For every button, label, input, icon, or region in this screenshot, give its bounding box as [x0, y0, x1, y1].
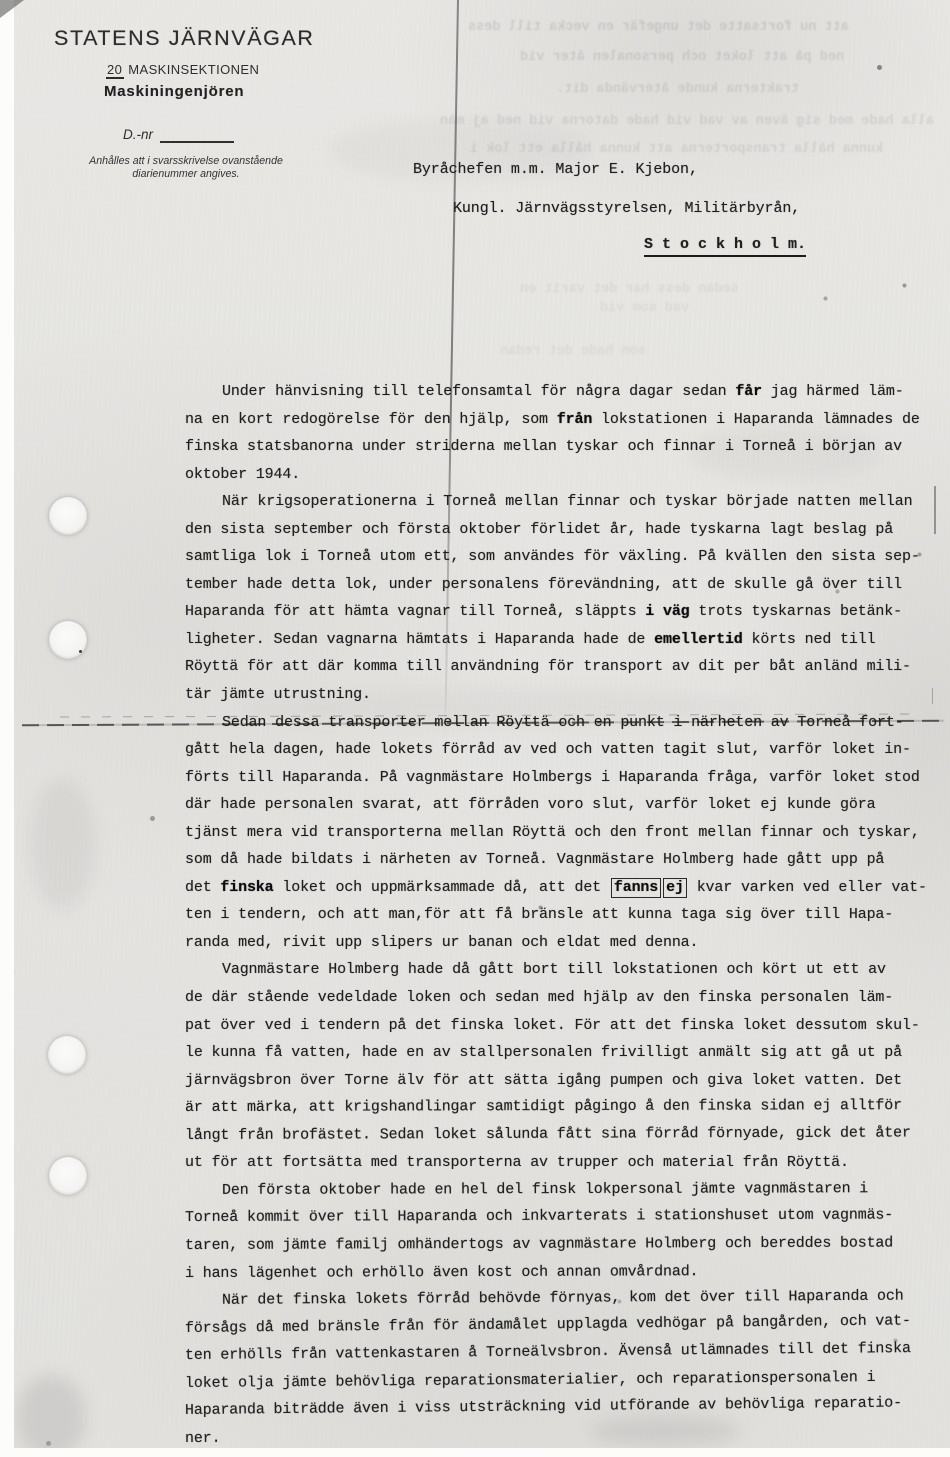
bleedthrough-line: att nu fortsatte det ungefär en vecka ti… [468, 20, 849, 35]
text-line: Sedan dessa transporter mellan Röyttä oc… [185, 709, 941, 737]
text-line: Torneå kommit över till Haparanda och in… [185, 1202, 941, 1232]
document-scan: att nu fortsatte det ungefär en vecka ti… [0, 0, 950, 1457]
office-title: Maskiningenjören [104, 83, 244, 100]
bleedthrough-line: som hade det redan [500, 344, 646, 359]
text-line: Den första oktober hade en hel del finsk… [185, 1175, 941, 1205]
text-line: där hade personalen svarat, att förråden… [185, 791, 941, 819]
body-text: Under hänvisning till telefonsamtal för … [185, 378, 941, 1452]
punch-hole [49, 621, 87, 659]
text-line: är att märka, att krigshandlingar samtid… [185, 1092, 941, 1122]
bleedthrough-line: trakterna kunde återvända dit. [556, 82, 799, 97]
diary-number-rule [160, 141, 234, 143]
section-name: MASKINSEKTIONEN [128, 62, 259, 77]
text-line: samtliga lok i Torneå utom ett, som anvä… [185, 543, 941, 571]
bleedthrough-line: ned på att loket och personalen åter vid [520, 50, 844, 65]
text-line: Haparanda för att hämta vagnar till Torn… [185, 598, 941, 626]
bleedthrough-line: vad som vid [600, 301, 689, 316]
diary-note: Anhålles att i svarsskrivelse ovanståend… [66, 155, 306, 181]
text-line: randa med, rivit upp slipers ur banan oc… [185, 929, 941, 957]
diary-note-line1: Anhålles att i svarsskrivelse ovanståend… [89, 155, 283, 167]
text-line: ten i tendern, och att man,för att få br… [185, 901, 941, 929]
text-line: förts till Haparanda. På vagnmästare Hol… [185, 764, 941, 792]
section-line: 20 MASKINSEKTIONEN [106, 62, 259, 77]
ink-dot [79, 650, 82, 653]
text-line: le kunna få vatten, hade en av stallpers… [185, 1039, 941, 1067]
scan-edge-left [0, 0, 14, 1457]
text-line: na en kort redogörelse för den hjälp, so… [185, 406, 941, 434]
diary-note-line2: diarienummer angives. [132, 168, 239, 180]
scan-edge-bottom [0, 1448, 950, 1457]
recipient-line-2: Kungl. Järnvägsstyrelsen, Militärbyrån, [453, 200, 800, 217]
text-line: När krigsoperationerna i Torneå mellan f… [185, 488, 941, 516]
text-line: Under hänvisning till telefonsamtal för … [185, 378, 941, 406]
punch-hole [48, 1036, 86, 1074]
text-line: ligheter. Sedan vagnarna hämtats i Hapar… [185, 626, 941, 654]
bleedthrough-line: sedan dess har det varit en [520, 282, 739, 297]
text-line: den sista september och första oktober f… [185, 516, 941, 544]
text-line: tember hade detta lok, under personalens… [185, 571, 941, 599]
text-line: som då hade bildats i närheten av Torneå… [185, 846, 941, 874]
text-line: taren, som jämte familj omhändertogs av … [185, 1229, 941, 1259]
recipient-line-3: S t o c k h o l m. [644, 236, 806, 257]
text-line: långt från brofästet. Sedan loket sålund… [185, 1119, 941, 1149]
text-line: ut för att fortsätta med transporterna a… [185, 1149, 941, 1177]
corner-shadow [0, 0, 24, 18]
text-line: tär jämte utrustning. [185, 681, 941, 709]
text-line: järnvägsbron över Torne älv för att sätt… [185, 1067, 941, 1095]
text-line: tjänst mera vid transporterna mellan Röy… [185, 819, 941, 847]
diary-number-label: D.-nr [123, 127, 153, 142]
organization-title: STATENS JÄRNVÄGAR [54, 26, 315, 51]
text-line: de där stående vedeldade loken och sedan… [185, 984, 941, 1012]
stain [16, 1375, 86, 1457]
text-line: det finska loket och uppmärksammade då, … [185, 874, 941, 902]
text-line: finska statsbanorna under striderna mell… [185, 433, 941, 461]
text-line: gått hela dagen, hade lokets förråd av v… [185, 736, 941, 764]
section-number: 20 [106, 62, 124, 79]
stain [30, 780, 95, 910]
text-line: Röyttä för att där komma till användning… [185, 653, 941, 681]
text-line: Vagnmästare Holmberg hade då gått bort t… [185, 956, 941, 984]
text-line: pat över ved i tendern på det finska lok… [185, 1012, 941, 1040]
text-line: oktober 1944. [185, 461, 941, 489]
punch-hole [49, 497, 87, 535]
punch-hole [49, 1157, 87, 1195]
